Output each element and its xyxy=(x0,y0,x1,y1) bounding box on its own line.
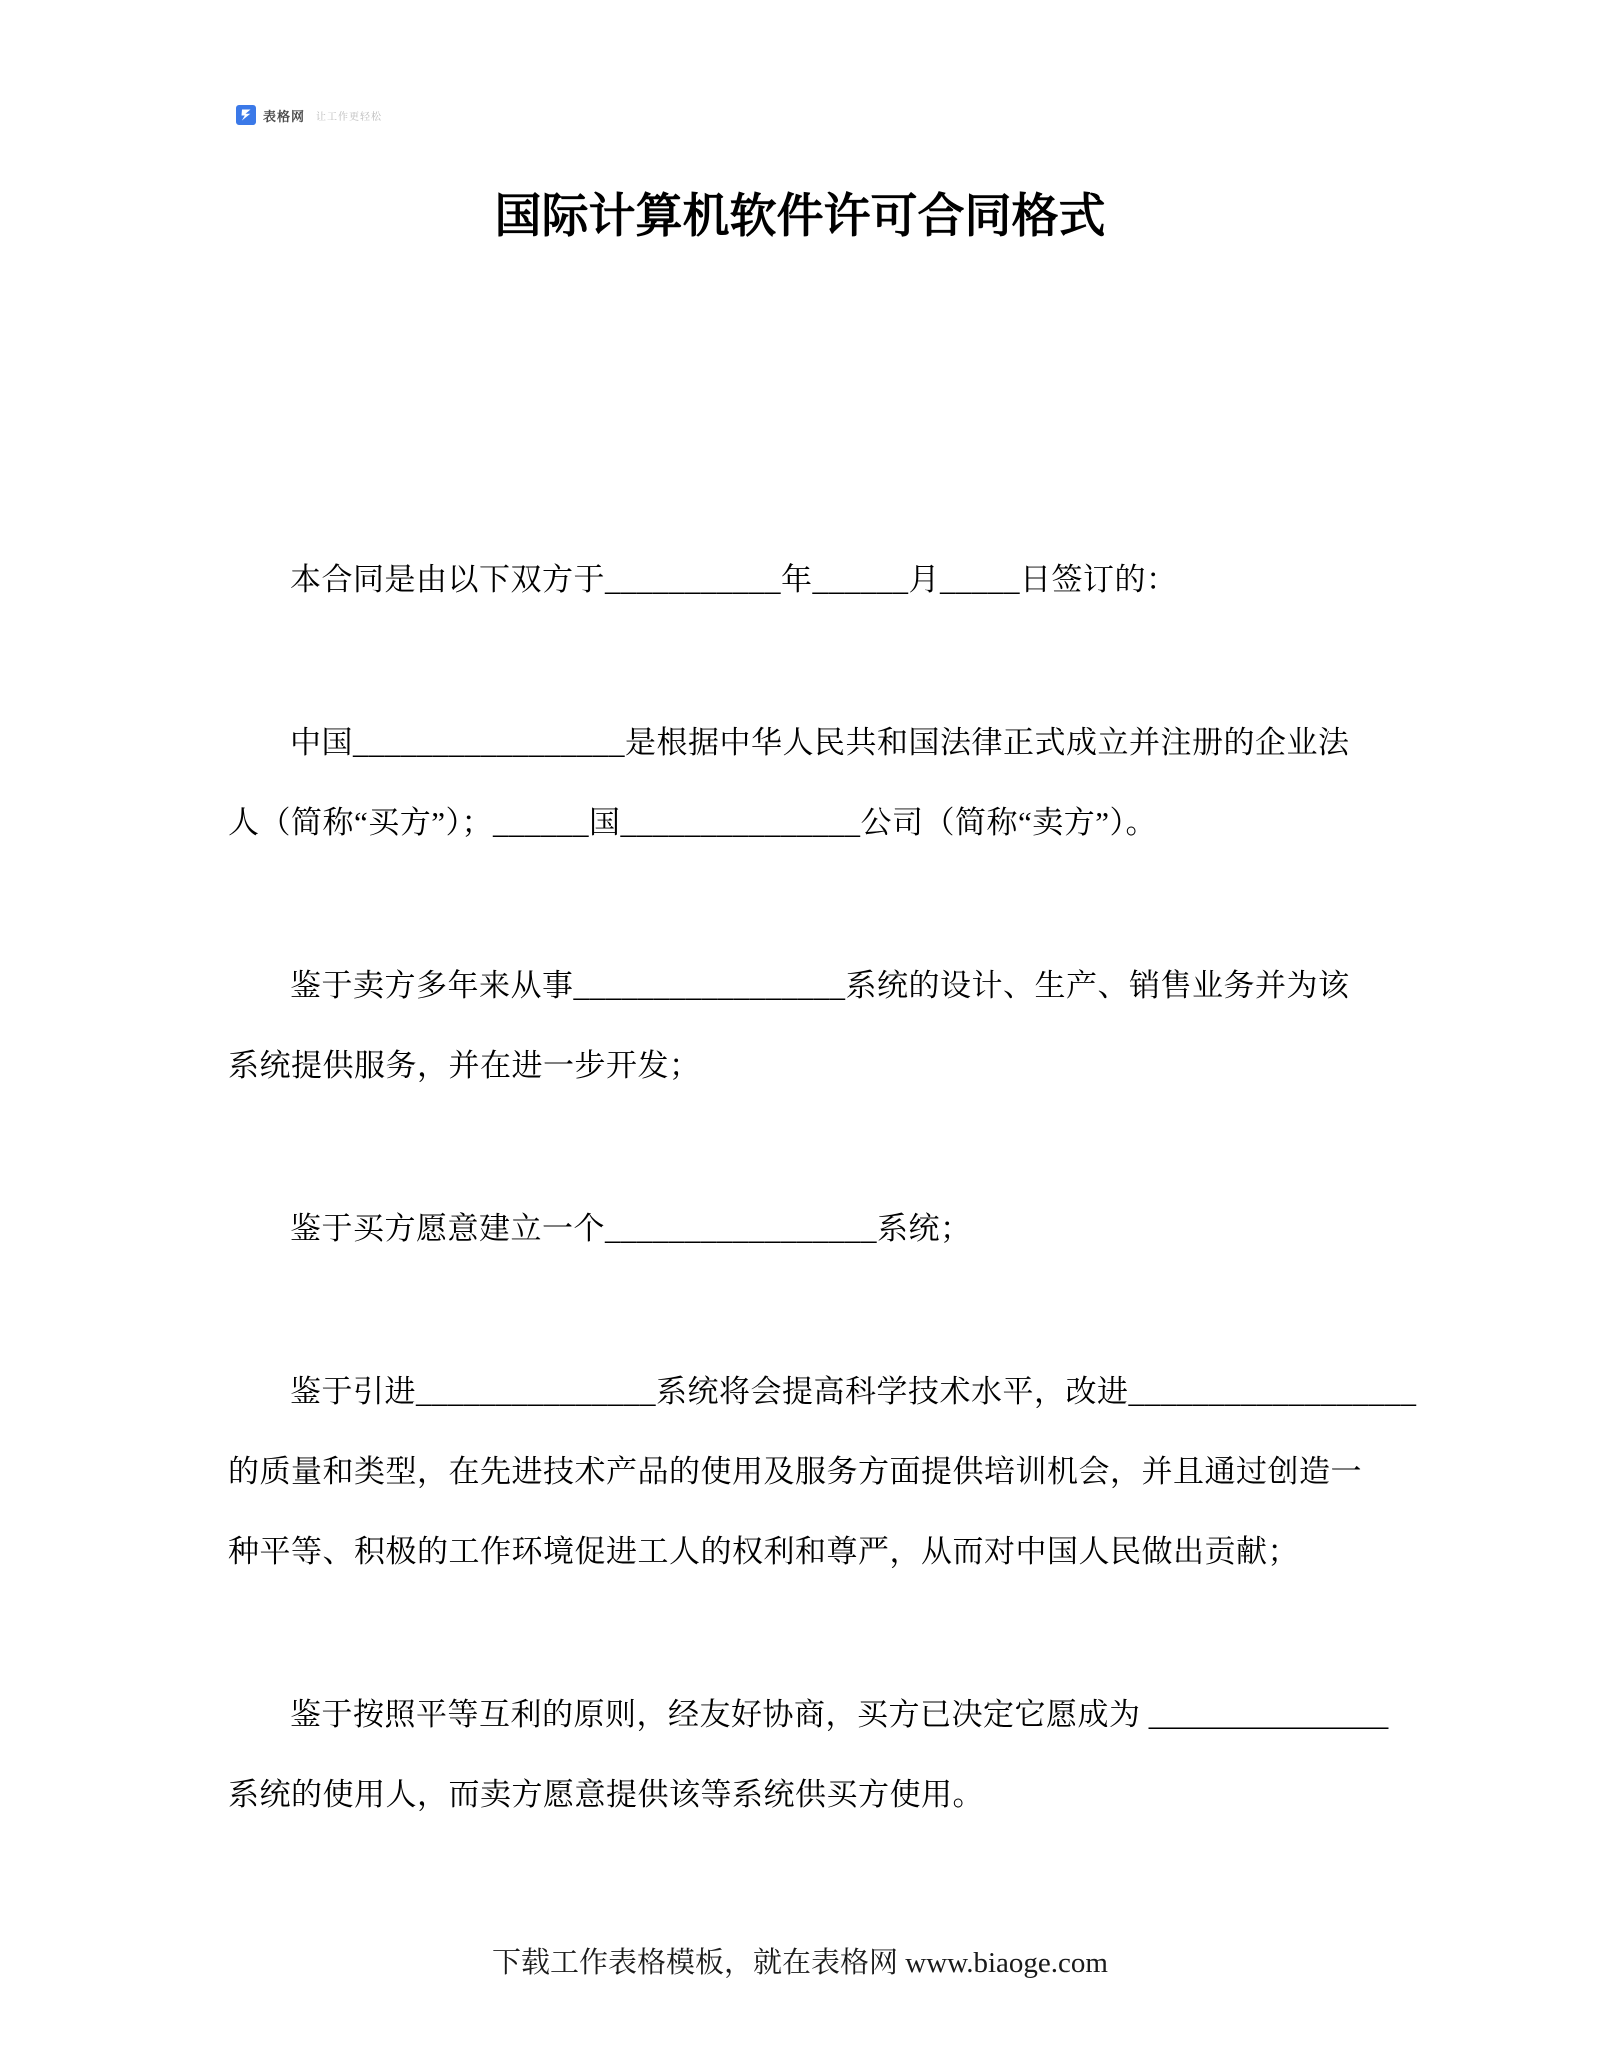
biaoge-logo-icon xyxy=(236,105,256,125)
paragraph-signing-date: 本合同是由以下双方于___________年______月_____日签订的： xyxy=(228,540,1403,620)
paragraph-line: 鉴于按照平等互利的原则，经友好协商，买方已决定它愿成为 ____________… xyxy=(228,1675,1403,1755)
document-page: 表格网 让工作更轻松 国际计算机软件许可合同格式 本合同是由以下双方于_____… xyxy=(0,0,1600,2070)
page-footer: 下载工作表格模板，就在表格网 www.biaoge.com xyxy=(0,1938,1600,1988)
paragraph-line: 系统的使用人，而卖方愿意提供该等系统供买方使用。 xyxy=(228,1755,1403,1835)
site-logo: 表格网 让工作更轻松 xyxy=(236,104,382,126)
document-body: 本合同是由以下双方于___________年______月_____日签订的： … xyxy=(228,540,1403,1835)
paragraph-whereas-agreement: 鉴于按照平等互利的原则，经友好协商，买方已决定它愿成为 ____________… xyxy=(228,1675,1403,1835)
paragraph-parties: 中国_________________是根据中华人民共和国法律正式成立并注册的企… xyxy=(228,703,1403,863)
document-title: 国际计算机软件许可合同格式 xyxy=(0,183,1600,249)
paragraph-line: 系统提供服务，并在进一步开发； xyxy=(228,1026,1403,1106)
logo-tagline: 让工作更轻松 xyxy=(316,108,382,123)
paragraph-whereas-import: 鉴于引进_______________系统将会提高科学技术水平，改进______… xyxy=(228,1352,1403,1592)
paragraph-line: 鉴于买方愿意建立一个_________________系统； xyxy=(228,1189,1403,1269)
paragraph-whereas-buyer: 鉴于买方愿意建立一个_________________系统； xyxy=(228,1189,1403,1269)
paragraph-line: 人（简称“买方”）；______国_______________公司（简称“卖方… xyxy=(228,783,1403,863)
logo-name: 表格网 xyxy=(263,106,305,125)
paragraph-whereas-seller: 鉴于卖方多年来从事_________________系统的设计、生产、销售业务并… xyxy=(228,946,1403,1106)
paragraph-line: 的质量和类型，在先进技术产品的使用及服务方面提供培训机会，并且通过创造一 xyxy=(228,1432,1403,1512)
paragraph-line: 鉴于引进_______________系统将会提高科学技术水平，改进______… xyxy=(228,1352,1403,1432)
paragraph-line: 鉴于卖方多年来从事_________________系统的设计、生产、销售业务并… xyxy=(228,946,1403,1026)
footer-text: 下载工作表格模板，就在表格网 www.biaoge.com xyxy=(492,1947,1108,1979)
paragraph-line: 本合同是由以下双方于___________年______月_____日签订的： xyxy=(228,540,1403,620)
paragraph-line: 种平等、积极的工作环境促进工人的权利和尊严，从而对中国人民做出贡献； xyxy=(228,1512,1403,1592)
paragraph-line: 中国_________________是根据中华人民共和国法律正式成立并注册的企… xyxy=(228,703,1403,783)
